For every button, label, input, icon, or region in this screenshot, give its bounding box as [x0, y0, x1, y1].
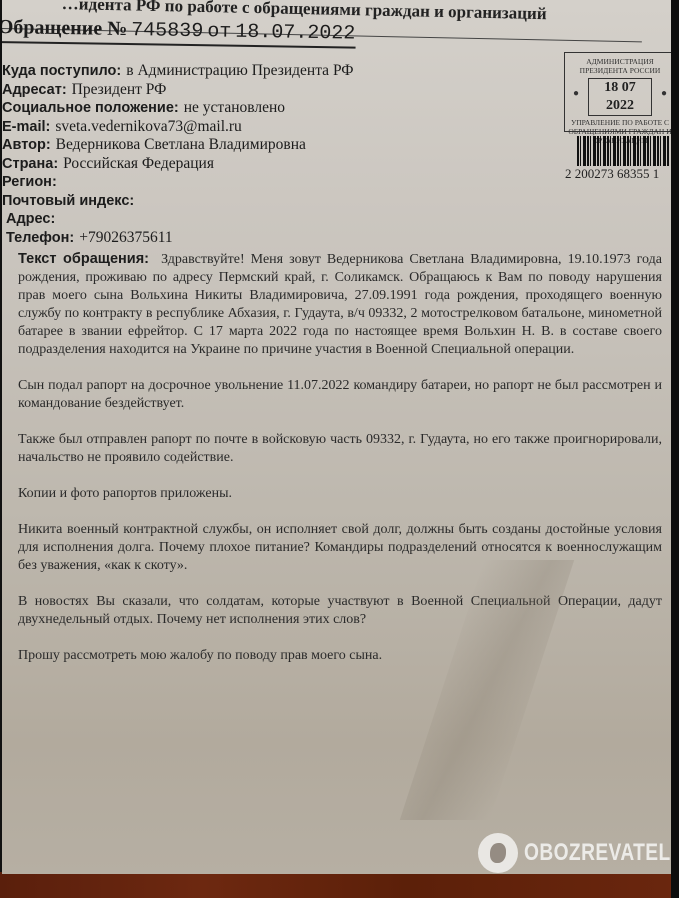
barcode	[577, 136, 669, 166]
watermark-text: OBOZREVATEL	[524, 839, 671, 867]
appeal-paragraph: В новостях Вы сказали, что солдатам, кот…	[18, 593, 662, 629]
field-region: Регион:	[2, 173, 354, 192]
field-addressee: Адресат:Президент РФ	[2, 81, 354, 100]
field-email: E-mail:sveta.vedernikova73@mail.ru	[2, 118, 354, 137]
appeal-paragraph: Текст обращения: Здравствуйте! Меня зову…	[18, 250, 662, 359]
field-postal-code: Почтовый индекс:	[2, 192, 354, 211]
appeal-paragraph: Копии и фото рапортов приложены.	[18, 485, 662, 503]
field-country: Страна:Российская Федерация	[2, 155, 354, 174]
wooden-table-surface	[0, 872, 679, 898]
obozrevatel-logo-icon	[478, 833, 518, 873]
field-author: Автор:Ведерникова Светлана Владимировна	[2, 136, 354, 155]
appeal-paragraph: Также был отправлен рапорт по почте в во…	[18, 431, 662, 467]
field-social-status: Социальное положение:не установлено	[2, 99, 354, 118]
stamp-header: Администрация Президента России	[565, 57, 671, 75]
appeal-paragraph: Прошу рассмотреть мою жалобу по поводу п…	[18, 647, 662, 665]
appeal-text-label: Текст обращения:	[18, 251, 149, 267]
appeal-title: Обращение №	[2, 16, 127, 40]
watermark: OBOZREVATEL	[478, 833, 679, 873]
document-page: …идента РФ по работе с обращениями гражд…	[2, 0, 671, 874]
appeal-heading: Обращение № 745839 от 18.07.2022	[2, 16, 355, 49]
field-phone: Телефон:+79026375611	[2, 229, 354, 248]
appeal-from-word: от	[207, 20, 231, 43]
stamp-date: 18 07 2022	[588, 78, 652, 116]
stamp-dot-left: ●	[573, 89, 579, 98]
registration-stamp: Администрация Президента России ● 18 07 …	[564, 52, 671, 132]
appeal-paragraph: Никита военный контрактной службы, он ис…	[18, 521, 662, 575]
field-destination: Куда поступило:в Администрацию Президент…	[2, 62, 354, 81]
appeal-paragraph: Сын подал рапорт на досрочное увольнение…	[18, 377, 662, 413]
appeal-fields: Куда поступило:в Администрацию Президент…	[2, 62, 354, 247]
barcode-number: 2 200273 68355 1	[565, 166, 659, 182]
stamp-dot-right: ●	[661, 89, 667, 98]
photo-edge-right	[671, 0, 679, 898]
appeal-number: 745839	[131, 19, 203, 43]
appeal-text: Текст обращения: Здравствуйте! Меня зову…	[18, 250, 662, 683]
field-address: Адрес:	[2, 210, 354, 229]
appeal-date: 18.07.2022	[235, 21, 355, 46]
